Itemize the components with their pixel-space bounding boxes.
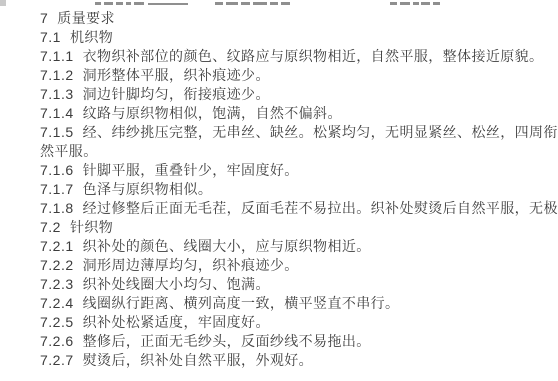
section-text: 针脚平服，重叠针少，牢固度好。 (83, 162, 299, 178)
section-line: 7.1.8经过修整后正面无毛茬，反面毛茬不易拉出。织补处熨烫后自然平服，无极光。 (40, 199, 558, 218)
section-number: 7.2.3 (40, 275, 74, 294)
text-fragment-mark (400, 2, 410, 5)
section-line: 7.2.7熨烫后，织补处自然平服，外观好。 (40, 351, 558, 370)
section-number: 7.1.4 (40, 104, 74, 123)
text-fragment-mark (253, 2, 267, 5)
section-text: 线圈纵行距离、横列高度一致，横平竖直不串行。 (83, 295, 400, 311)
section-line: 7.1机织物 (40, 28, 558, 47)
section-text: 织补处线圈大小均匀、饱满。 (83, 276, 270, 292)
section-number: 7.1 (40, 28, 61, 47)
section-text: 经过修整后正面无毛茬，反面毛茬不易拉出。织补处熨烫后自然平服，无极光。 (83, 200, 558, 216)
section-number: 7.1.2 (40, 66, 74, 85)
section-line: 7质量要求 (40, 9, 558, 28)
section-line-continuation: 然平服。 (40, 142, 558, 161)
text-fragment-mark (148, 3, 188, 5)
section-number: 7.2 (40, 218, 61, 237)
section-number: 7.2.5 (40, 313, 74, 332)
section-number: 7.1.7 (40, 180, 74, 199)
section-text: 衣物织补部位的颜色、纹路应与原织物相近，自然平服，整体接近原貌。 (83, 48, 544, 64)
clause-list: 7质量要求7.1机织物7.1.1衣物织补部位的颜色、纹路应与原织物相近，自然平服… (40, 9, 558, 370)
text-fragment-mark (241, 2, 250, 5)
section-text: 色泽与原织物相似。 (83, 181, 213, 197)
section-text: 纹路与原织物相似，饱满，自然不偏斜。 (83, 105, 342, 121)
section-text: 整修后，正面无毛纱头，反面纱线不易拖出。 (83, 333, 371, 349)
section-line: 7.1.2洞形整体平服，织补痕迹少。 (40, 66, 558, 85)
section-line: 7.2.2洞形周边薄厚均匀，织补痕迹少。 (40, 256, 558, 275)
section-number: 7.2.7 (40, 351, 74, 370)
section-number: 7.1.5 (40, 123, 74, 142)
section-number: 7.1.1 (40, 47, 74, 66)
section-text: 织补处松紧适度，牢固度好。 (83, 314, 270, 330)
text-fragment-mark (126, 2, 131, 5)
section-text: 质量要求 (57, 10, 115, 26)
section-line: 7.2针织物 (40, 218, 558, 237)
section-text: 针织物 (70, 219, 113, 235)
text-fragment-mark (281, 2, 290, 5)
text-fragment-mark (116, 2, 123, 5)
text-fragment-mark (215, 2, 223, 5)
section-text: 洞形周边薄厚均匀，织补痕迹少。 (83, 257, 299, 273)
section-text: 然平服。 (40, 143, 98, 159)
text-fragment-mark (270, 2, 278, 5)
section-text: 熨烫后，织补处自然平服，外观好。 (83, 352, 313, 368)
section-text: 经、纬纱挑压完整，无串丝、缺丝。松紧均匀，无明显紧丝、松丝，四周衔接自 (83, 124, 558, 140)
text-fragment-mark (390, 2, 397, 5)
section-line: 7.1.6针脚平服，重叠针少，牢固度好。 (40, 161, 558, 180)
section-line: 7.2.4线圈纵行距离、横列高度一致，横平竖直不串行。 (40, 294, 558, 313)
clipped-text-remnant (0, 0, 558, 9)
section-line: 7.2.6整修后，正面无毛纱头，反面纱线不易拖出。 (40, 332, 558, 351)
text-fragment-mark (134, 2, 144, 5)
text-fragment-mark (0, 0, 6, 6)
section-text: 机织物 (70, 29, 113, 45)
section-line: 7.2.1织补处的颜色、线圈大小，应与原织物相近。 (40, 237, 558, 256)
section-line: 7.1.5经、纬纱挑压完整，无串丝、缺丝。松紧均匀，无明显紧丝、松丝，四周衔接自 (40, 123, 558, 142)
text-fragment-mark (95, 2, 101, 5)
section-number: 7.1.8 (40, 199, 74, 218)
section-number: 7.2.1 (40, 237, 74, 256)
section-line: 7.1.3洞边针脚均匀，衔接痕迹少。 (40, 85, 558, 104)
section-text: 织补处的颜色、线圈大小，应与原织物相近。 (83, 238, 371, 254)
text-fragment-mark (413, 2, 419, 5)
text-fragment-mark (421, 2, 430, 5)
section-line: 7.1.4纹路与原织物相似，饱满，自然不偏斜。 (40, 104, 558, 123)
section-line: 7.1.7色泽与原织物相似。 (40, 180, 558, 199)
section-text: 洞边针脚均匀，衔接痕迹少。 (83, 86, 270, 102)
section-number: 7.1.3 (40, 85, 74, 104)
section-line: 7.2.3织补处线圈大小均匀、饱满。 (40, 275, 558, 294)
section-number: 7 (40, 9, 48, 28)
section-number: 7.1.6 (40, 161, 74, 180)
text-fragment-mark (104, 2, 113, 5)
section-number: 7.2.4 (40, 294, 74, 313)
section-number: 7.2.2 (40, 256, 74, 275)
section-text: 洞形整体平服，织补痕迹少。 (83, 67, 270, 83)
section-number: 7.2.6 (40, 332, 74, 351)
section-line: 7.1.1衣物织补部位的颜色、纹路应与原织物相近，自然平服，整体接近原貌。 (40, 47, 558, 66)
text-fragment-mark (226, 2, 238, 5)
section-line: 7.2.5织补处松紧适度，牢固度好。 (40, 313, 558, 332)
text-fragment-mark (433, 2, 440, 5)
